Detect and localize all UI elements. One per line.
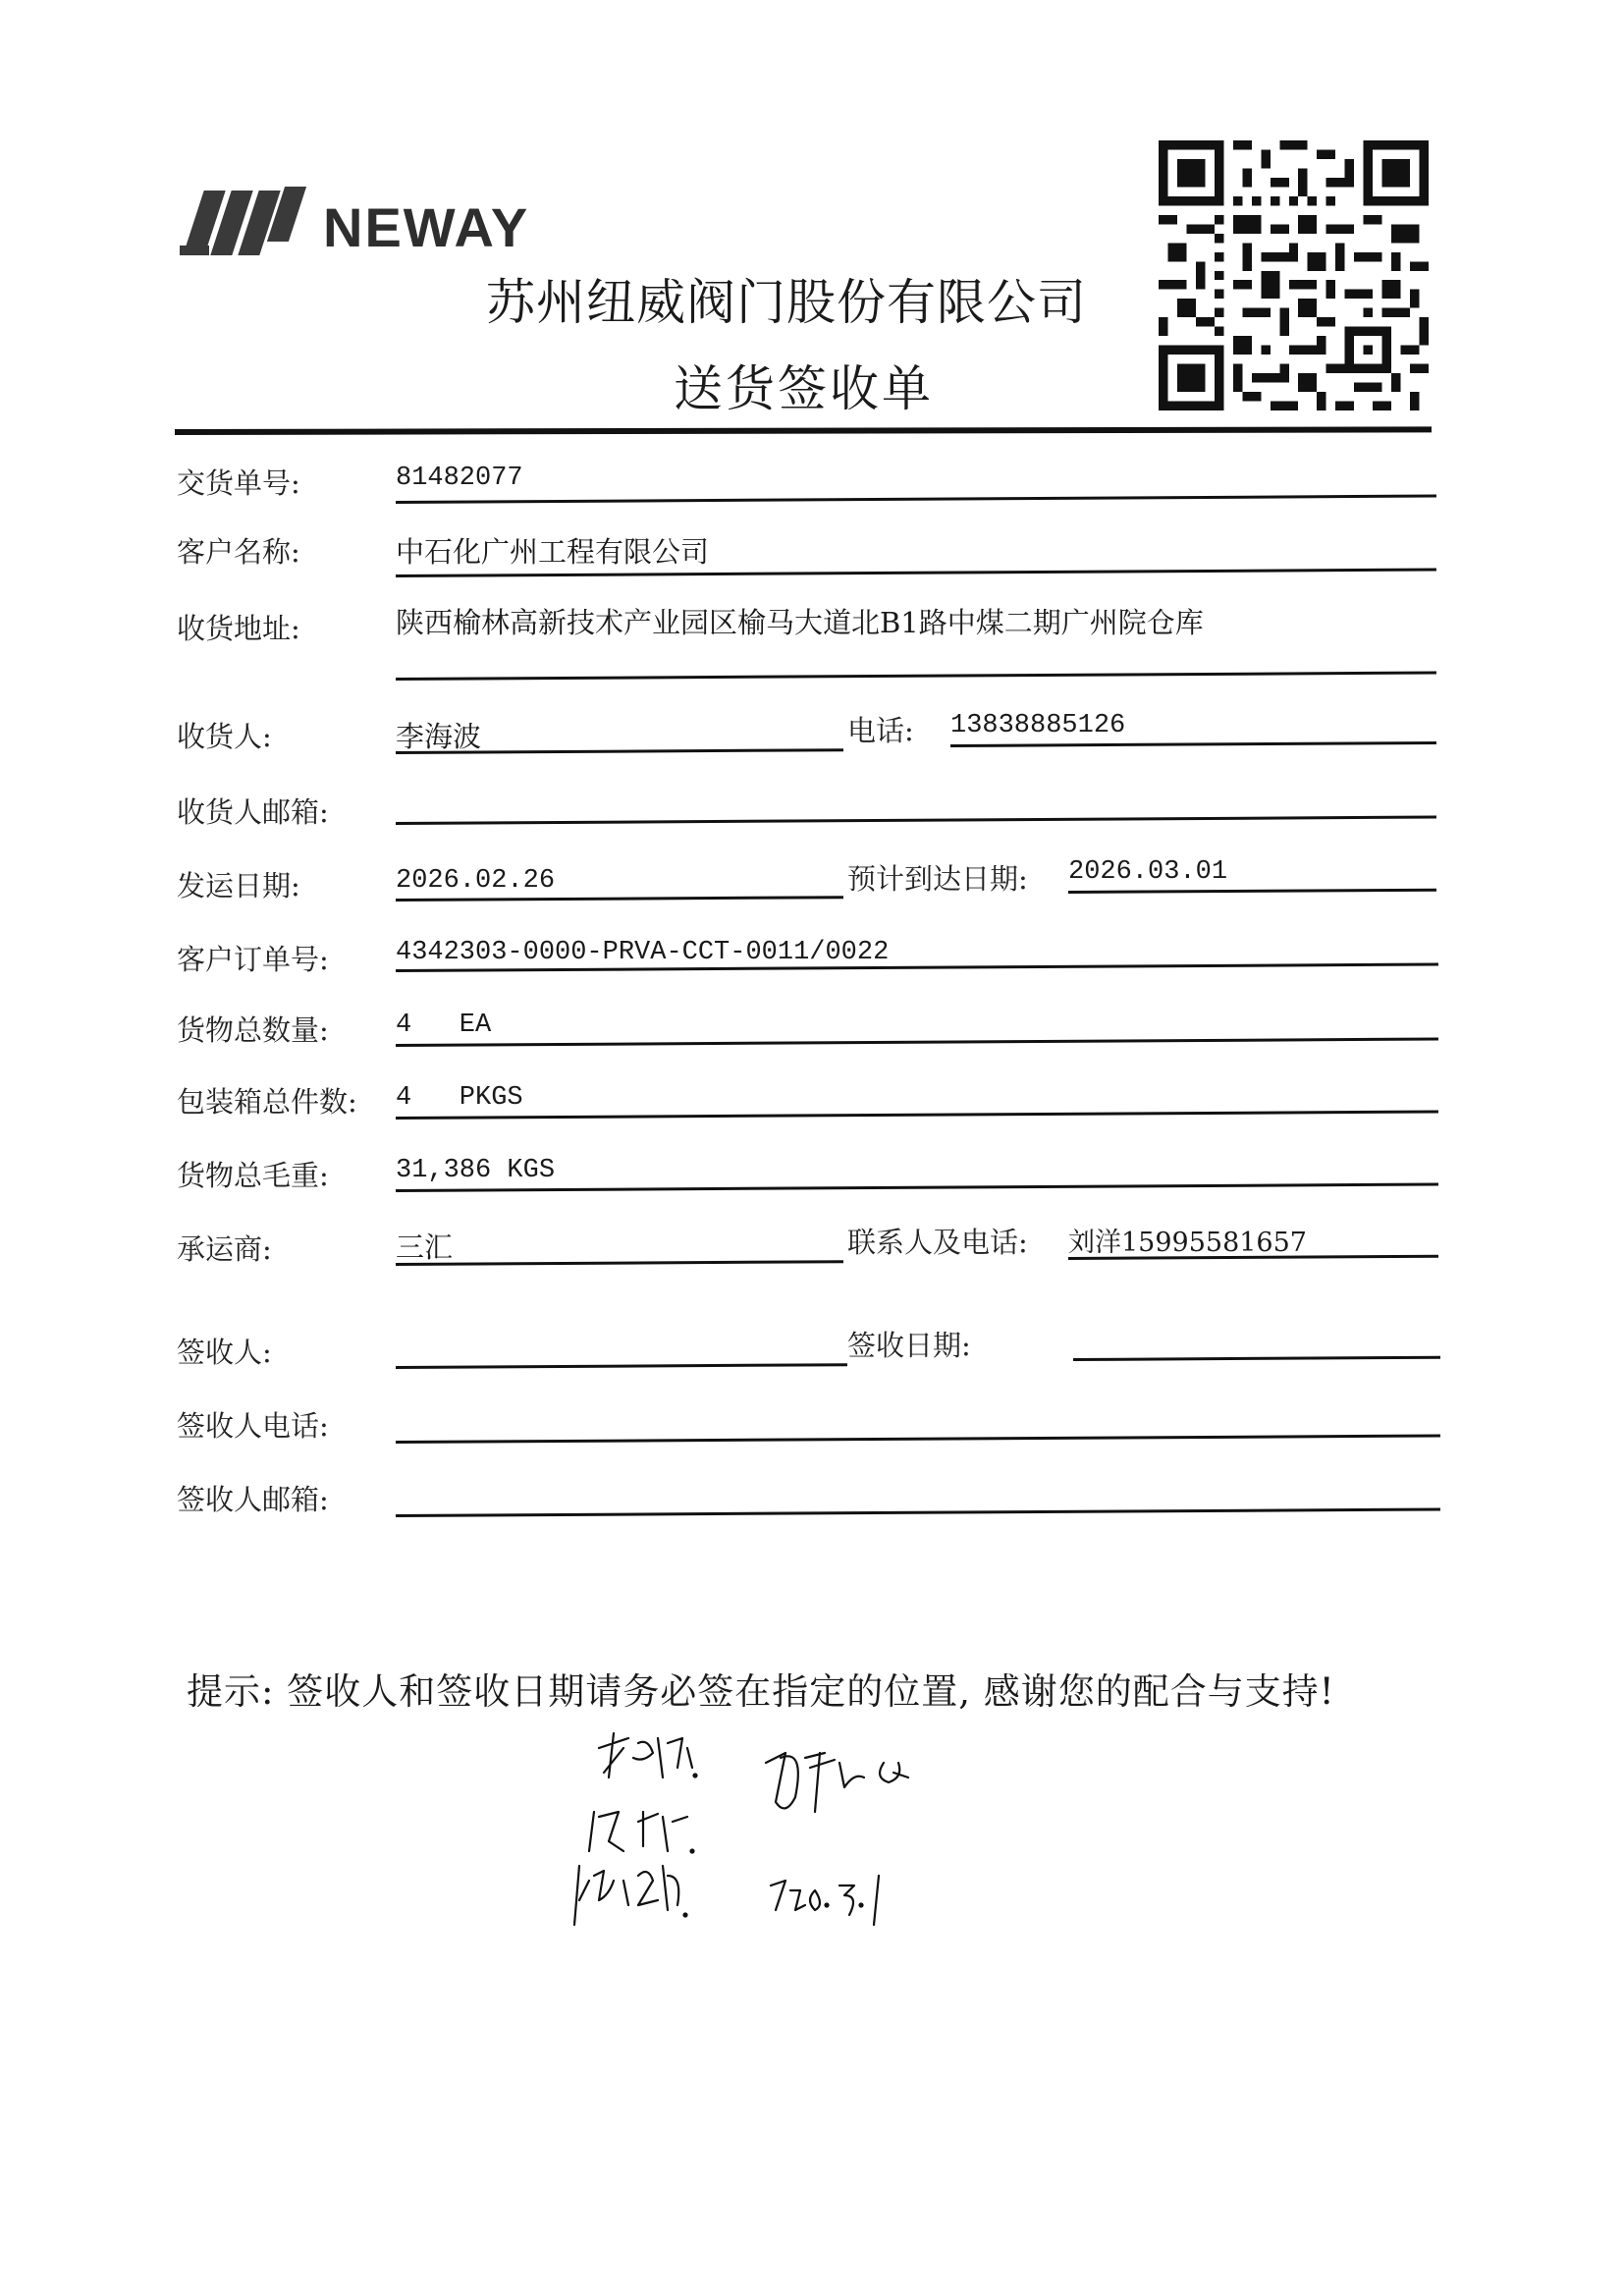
carrier-value: 三汇 — [396, 1226, 453, 1266]
customer-po-value: 4342303-0000-PRVA-CCT-0011/0022 — [396, 938, 889, 967]
handwritten-signature-icon — [569, 1719, 1041, 1954]
neway-logo: NEWAY — [180, 187, 529, 255]
qr-code-icon — [1159, 140, 1429, 410]
brand-name: NEWAY — [323, 200, 529, 255]
ship-date-label: 发运日期: — [177, 864, 300, 904]
eta-line — [1068, 889, 1436, 894]
signer-line — [396, 1363, 847, 1369]
phone-label: 电话: — [847, 709, 914, 749]
carrier-label: 承运商: — [177, 1228, 272, 1268]
delivery-no-label: 交货单号: — [177, 462, 300, 502]
signer-phone-label: 签收人电话: — [177, 1404, 329, 1445]
ship-date-value: 2026.02.26 — [396, 866, 555, 896]
signer-phone-line — [396, 1435, 1440, 1444]
signer-email-line — [396, 1508, 1440, 1517]
ship-date-line — [396, 896, 843, 902]
neway-logo-icon — [180, 187, 298, 255]
total-packages-label: 包装箱总件数: — [177, 1080, 357, 1121]
delivery-address-label: 收货地址: — [177, 607, 300, 647]
delivery-address-value: 陕西榆林高新技术产业园区榆马大道北B1路中煤二期广州院仓库 — [396, 601, 1204, 641]
total-qty-value: 4 EA — [396, 1011, 491, 1040]
carrier-contact-value: 刘洋15995581657 — [1068, 1221, 1307, 1259]
gross-weight-value: 31,386 KGS — [396, 1156, 555, 1185]
eta-value: 2026.03.01 — [1068, 857, 1227, 887]
signer-label: 签收人: — [177, 1331, 272, 1371]
total-packages-value: 4 PKGS — [396, 1083, 523, 1113]
carrier-contact-label: 联系人及电话: — [847, 1221, 1028, 1261]
delivery-receipt-page: NEWAY 苏州纽威阀门股份有限公司 送货签收单 — [0, 0, 1623, 2296]
delivery-no-value: 81482077 — [396, 464, 523, 493]
document-title: 送货签收单 — [674, 350, 934, 420]
notice-text: 提示: 签收人和签收日期请务必签在指定的位置, 感谢您的配合与支持! — [187, 1662, 1335, 1715]
delivery-no-line — [396, 495, 1436, 504]
total-packages-line — [396, 1111, 1438, 1120]
customer-name-label: 客户名称: — [177, 530, 300, 571]
consignee-email-label: 收货人邮箱: — [177, 791, 329, 831]
total-qty-line — [396, 1038, 1438, 1047]
gross-weight-label: 货物总毛重: — [177, 1154, 329, 1194]
consignee-value: 李海波 — [396, 715, 481, 755]
customer-po-label: 客户订单号: — [177, 938, 329, 978]
sign-date-line — [1073, 1356, 1440, 1361]
consignee-label: 收货人: — [177, 715, 272, 755]
delivery-address-line — [396, 672, 1436, 681]
signer-email-label: 签收人邮箱: — [177, 1478, 329, 1518]
phone-line — [950, 741, 1436, 747]
company-name: 苏州纽威阀门股份有限公司 — [486, 263, 1087, 334]
phone-value: 13838885126 — [950, 711, 1125, 740]
header-divider — [175, 426, 1432, 435]
carrier-line — [396, 1260, 843, 1266]
total-qty-label: 货物总数量: — [177, 1009, 329, 1049]
consignee-email-line — [396, 816, 1436, 825]
sign-date-label: 签收日期: — [847, 1324, 971, 1364]
eta-label: 预计到达日期: — [847, 857, 1028, 898]
customer-name-value: 中石化广州工程有限公司 — [396, 530, 709, 571]
